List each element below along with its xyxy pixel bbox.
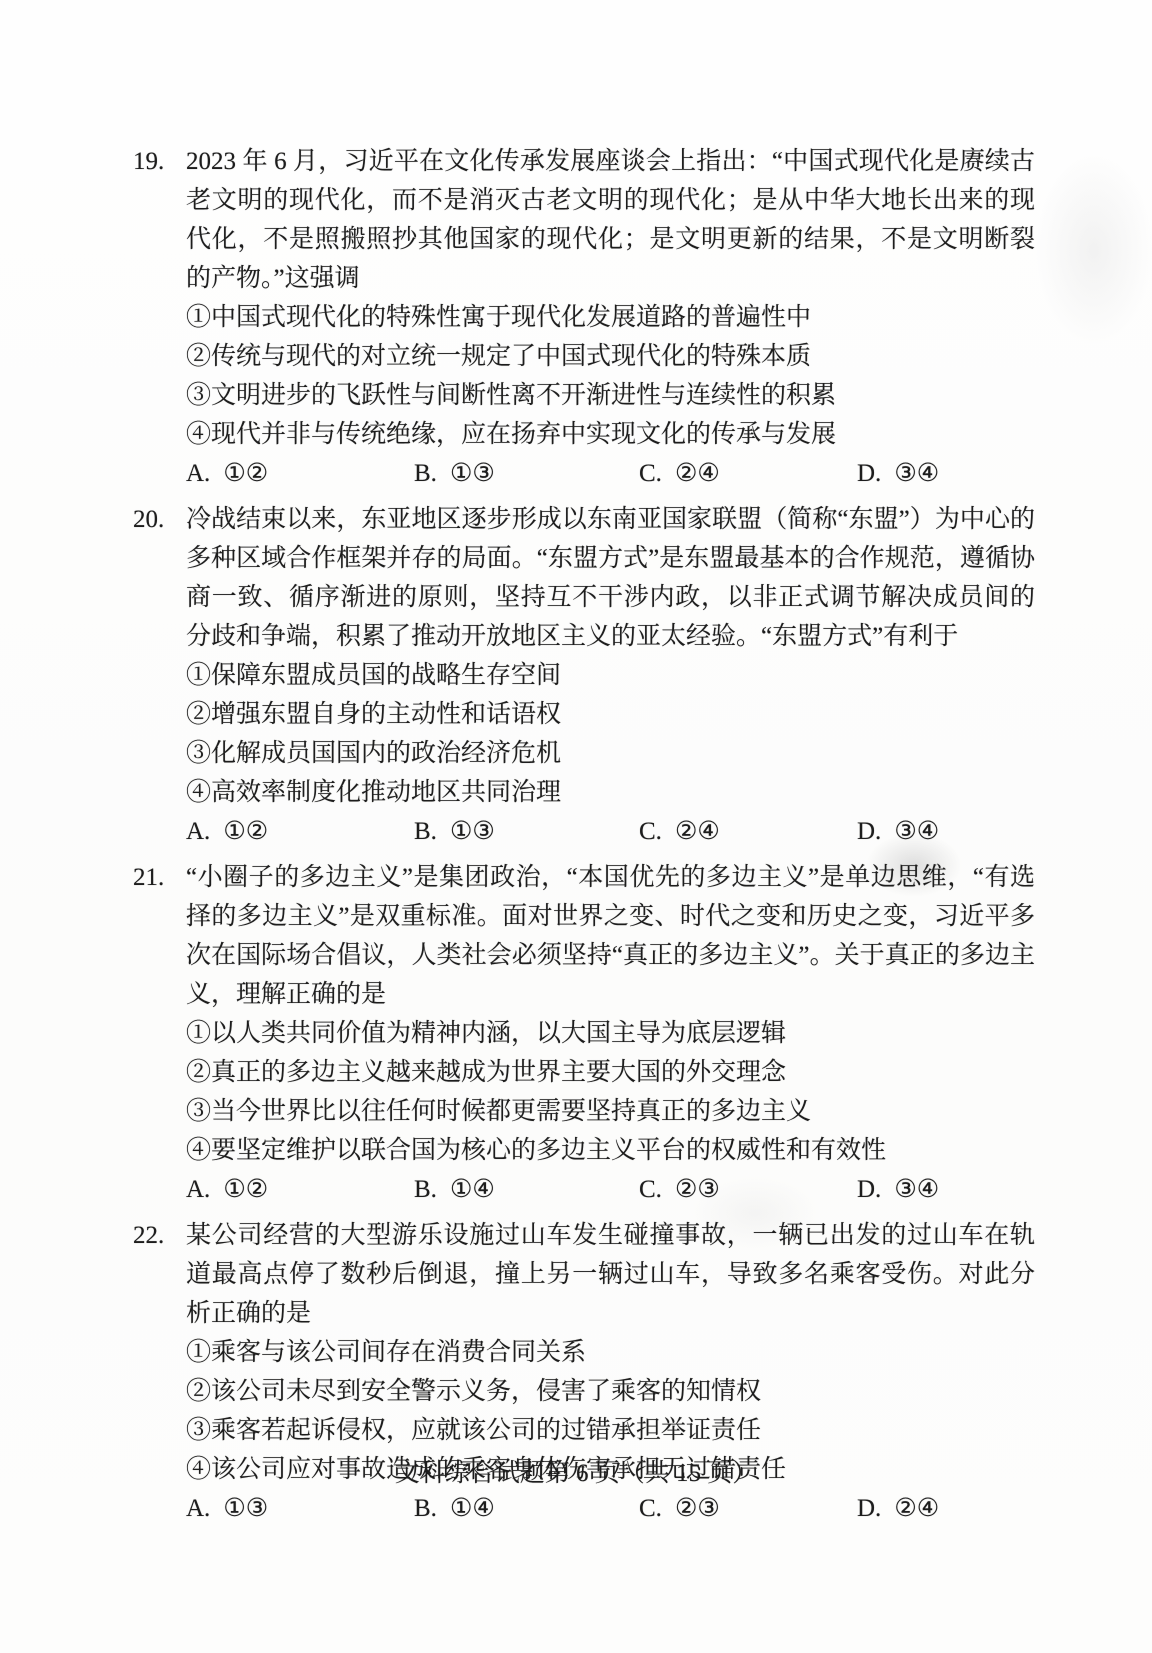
option-4: ④高效率制度化推动地区共同治理 xyxy=(186,773,1035,812)
answer-label: B. xyxy=(414,1176,437,1203)
option-3: ③乘客若起诉侵权，应就该公司的过错承担举证责任 xyxy=(186,1411,1035,1450)
answer-choice-a: A.①② xyxy=(186,454,268,493)
question-body: “小圈子的多边主义”是集团政治，“本国优先的多边主义”是单边思维，“有选择的多边… xyxy=(186,858,1035,1209)
answer-value: ③④ xyxy=(894,1176,939,1203)
answer-choice-a: A.①③ xyxy=(186,1489,268,1528)
answer-label: D. xyxy=(857,460,881,487)
answer-value: ③④ xyxy=(894,818,939,845)
question-number: 19. xyxy=(133,142,186,493)
option-1: ①保障东盟成员国的战略生存空间 xyxy=(186,656,1035,695)
answer-label: D. xyxy=(857,1176,881,1203)
answer-label: B. xyxy=(414,460,437,487)
answer-label: A. xyxy=(186,1176,210,1203)
answer-value: ①② xyxy=(223,1176,268,1203)
answer-choice-d: D.③④ xyxy=(857,1170,939,1209)
question-body: 冷战结束以来，东亚地区逐步形成以东南亚国家联盟（简称“东盟”）为中心的多种区域合… xyxy=(186,500,1035,851)
option-2: ②真正的多边主义越来越成为世界主要大国的外交理念 xyxy=(186,1053,1035,1092)
option-4: ④要坚定维护以联合国为核心的多边主义平台的权威性和有效性 xyxy=(186,1131,1035,1170)
option-1: ①乘客与该公司间存在消费合同关系 xyxy=(186,1333,1035,1372)
answer-choice-a: A.①② xyxy=(186,1170,268,1209)
answer-choice-b: B.①③ xyxy=(414,454,495,493)
answer-value: ①② xyxy=(223,818,268,845)
question-21: 21. “小圈子的多边主义”是集团政治，“本国优先的多边主义”是单边思维，“有选… xyxy=(133,858,1035,1209)
answer-value: ①③ xyxy=(223,1495,268,1522)
answer-value: ②④ xyxy=(894,1495,939,1522)
exam-paper-page: 19. 2023 年 6 月，习近平在文化传承发展座谈会上指出：“中国式现代化是… xyxy=(0,0,1152,1653)
question-stem: 某公司经营的大型游乐设施过山车发生碰撞事故，一辆已出发的过山车在轨道最高点停了数… xyxy=(186,1216,1035,1333)
question-stem: 冷战结束以来，东亚地区逐步形成以东南亚国家联盟（简称“东盟”）为中心的多种区域合… xyxy=(186,500,1035,656)
answer-label: B. xyxy=(414,818,437,845)
option-1: ①中国式现代化的特殊性寓于现代化发展道路的普遍性中 xyxy=(186,298,1035,337)
answer-choice-c: C.②④ xyxy=(639,812,720,851)
option-3: ③文明进步的飞跃性与间断性离不开渐进性与连续性的积累 xyxy=(186,376,1035,415)
option-3: ③化解成员国国内的政治经济危机 xyxy=(186,734,1035,773)
answer-choice-c: C.②③ xyxy=(639,1170,720,1209)
question-20: 20. 冷战结束以来，东亚地区逐步形成以东南亚国家联盟（简称“东盟”）为中心的多… xyxy=(133,500,1035,851)
answer-value: ②④ xyxy=(675,460,720,487)
answer-label: C. xyxy=(639,1495,662,1522)
page-footer: 文科综合试题第 6 页（共 15 页） xyxy=(0,1458,1152,1490)
answer-label: A. xyxy=(186,1495,210,1522)
answer-label: A. xyxy=(186,818,210,845)
question-stem: “小圈子的多边主义”是集团政治，“本国优先的多边主义”是单边思维，“有选择的多边… xyxy=(186,858,1035,1014)
option-1: ①以人类共同价值为精神内涵，以大国主导为底层逻辑 xyxy=(186,1014,1035,1053)
option-2: ②该公司未尽到安全警示义务，侵害了乘客的知情权 xyxy=(186,1372,1035,1411)
answer-choice-c: C.②③ xyxy=(639,1489,720,1528)
answer-label: C. xyxy=(639,1176,662,1203)
question-body: 2023 年 6 月，习近平在文化传承发展座谈会上指出：“中国式现代化是赓续古老… xyxy=(186,142,1035,493)
answer-value: ①③ xyxy=(450,460,495,487)
answer-label: C. xyxy=(639,818,662,845)
answer-value: ②③ xyxy=(675,1495,720,1522)
answer-choice-c: C.②④ xyxy=(639,454,720,493)
answer-choice-b: B.①④ xyxy=(414,1170,495,1209)
answer-label: D. xyxy=(857,818,881,845)
option-2: ②增强东盟自身的主动性和话语权 xyxy=(186,695,1035,734)
answer-choices-row: A.①③ B.①④ C.②③ D.②④ xyxy=(186,1489,1035,1528)
answer-value: ①④ xyxy=(450,1495,495,1522)
answer-choices-row: A.①② B.①④ C.②③ D.③④ xyxy=(186,1170,1035,1209)
answer-choice-d: D.③④ xyxy=(857,812,939,851)
answer-label: D. xyxy=(857,1495,881,1522)
answer-value: ①② xyxy=(223,460,268,487)
question-number: 20. xyxy=(133,500,186,851)
questions-block: 19. 2023 年 6 月，习近平在文化传承发展座谈会上指出：“中国式现代化是… xyxy=(133,142,1035,1535)
option-2: ②传统与现代的对立统一规定了中国式现代化的特殊本质 xyxy=(186,337,1035,376)
answer-value: ②③ xyxy=(675,1176,720,1203)
answer-choice-d: D.③④ xyxy=(857,454,939,493)
answer-label: A. xyxy=(186,460,210,487)
answer-value: ③④ xyxy=(894,460,939,487)
answer-choice-b: B.①④ xyxy=(414,1489,495,1528)
answer-choices-row: A.①② B.①③ C.②④ D.③④ xyxy=(186,812,1035,851)
question-number: 21. xyxy=(133,858,186,1209)
answer-value: ①③ xyxy=(450,818,495,845)
answer-value: ①④ xyxy=(450,1176,495,1203)
option-4: ④现代并非与传统绝缘，应在扬弃中实现文化的传承与发展 xyxy=(186,415,1035,454)
answer-label: C. xyxy=(639,460,662,487)
option-3: ③当今世界比以往任何时候都更需要坚持真正的多边主义 xyxy=(186,1092,1035,1131)
answer-choice-d: D.②④ xyxy=(857,1489,939,1528)
answer-value: ②④ xyxy=(675,818,720,845)
answer-choices-row: A.①② B.①③ C.②④ D.③④ xyxy=(186,454,1035,493)
answer-choice-a: A.①② xyxy=(186,812,268,851)
answer-choice-b: B.①③ xyxy=(414,812,495,851)
question-stem: 2023 年 6 月，习近平在文化传承发展座谈会上指出：“中国式现代化是赓续古老… xyxy=(186,142,1035,298)
answer-label: B. xyxy=(414,1495,437,1522)
scan-smudge xyxy=(1036,155,1152,345)
question-19: 19. 2023 年 6 月，习近平在文化传承发展座谈会上指出：“中国式现代化是… xyxy=(133,142,1035,493)
